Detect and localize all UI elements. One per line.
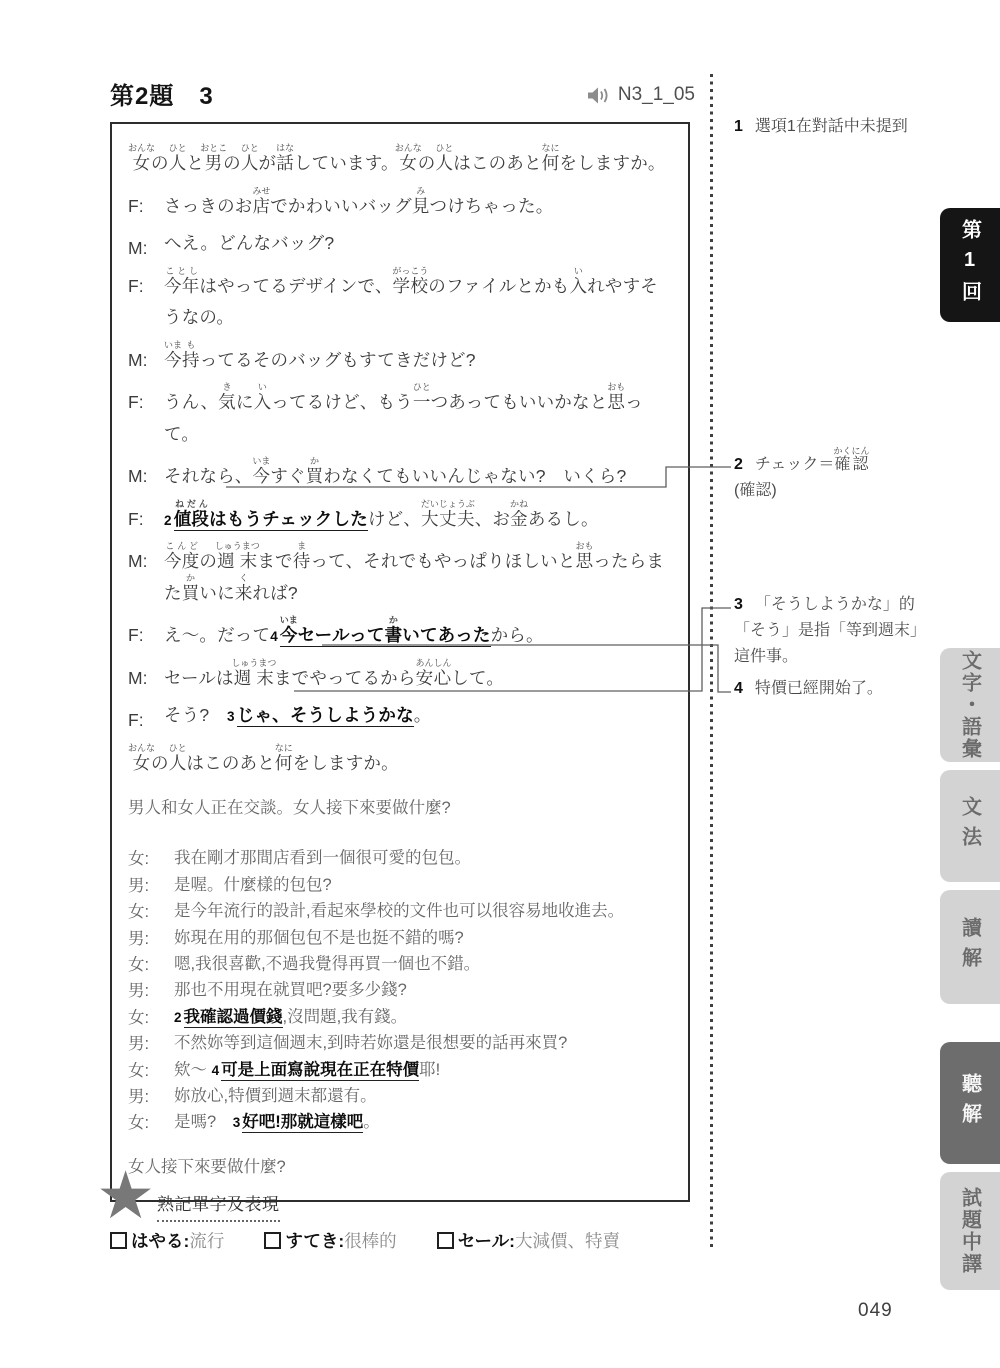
note-text: 「そうしようかな」的「そう」是指「等到週末」這件事。 (734, 596, 926, 665)
furigana: 人ひと (435, 153, 453, 173)
dialogue-line-jp: M:へえ。どんなバッグ? (128, 228, 673, 260)
line-text: 我在剛才那間店看到一個很可愛的包包。 (174, 845, 673, 871)
furigana: 大丈夫だいじょうぶ (421, 509, 475, 529)
line-text: 女人接下來要做什麼? (128, 1154, 673, 1180)
vocab-term: はやる: (131, 1228, 189, 1253)
note-number: 2 (734, 456, 743, 473)
furigana: 入い (254, 392, 272, 412)
vocab-item: はやる:流行 (110, 1228, 224, 1253)
furigana: 今いま (164, 350, 182, 370)
dotted-divider (710, 74, 713, 1250)
furigana: 思おも (607, 392, 625, 412)
speaker-label: M: (128, 541, 164, 572)
speaker-label: 男: (128, 872, 174, 896)
furigana: 週末しゅうまつ (217, 551, 257, 571)
note-text: 選項1在對話中未提到 (755, 118, 908, 135)
line-text: 今年ことしはやってるデザインで、学校がっこうのファイルとかも入いれやすそうなの。 (164, 266, 673, 334)
furigana: 週末しゅうまつ (234, 668, 274, 688)
furigana: 男おとこ (204, 153, 223, 173)
speaker-label: F: (128, 499, 164, 530)
star-icon: ★ (96, 1162, 155, 1228)
furigana: 女おんな (128, 753, 151, 773)
dialogue-line-cn: 女:2我確認過價錢,沒問題,我有錢。 (128, 1004, 673, 1030)
furigana: 金かね (510, 509, 528, 529)
dialogue-line-cn: 男:那也不用現在就買吧?要多少錢? (128, 977, 673, 1003)
ref-number: 4 (270, 629, 278, 644)
speaker-label: 男: (128, 925, 174, 949)
furigana: 書か (385, 625, 403, 645)
speaker-label: M: (128, 340, 164, 371)
highlighted-phrase: 値段ねだんはもうチェックした (174, 509, 368, 531)
line-text: 欸〜 4可是上面寫說現在正在特價耶! (174, 1057, 673, 1083)
ref-number: 2 (164, 513, 172, 528)
note-number: 1 (734, 118, 743, 135)
furigana: 入い (570, 276, 588, 296)
audio-label: N3_1_05 (618, 84, 695, 106)
furigana: 思おも (576, 551, 594, 571)
highlighted-phrase: 好吧!那就這樣吧 (242, 1113, 363, 1133)
ref-number: 4 (212, 1063, 220, 1078)
speaker-label: M: (128, 456, 164, 487)
speaker-label: F: (128, 186, 164, 217)
dialogue-line-cn: 男:是喔。什麼樣的包包? (128, 872, 673, 898)
furigana: 気き (218, 392, 236, 412)
speaker-label: F: (128, 615, 164, 646)
audio-track: N3_1_05 (558, 84, 695, 106)
furigana: 人ひと (169, 153, 187, 173)
line-text: 那也不用現在就買吧?要多少錢? (174, 977, 673, 1003)
chinese-translation: 男人和女人正在交談。女人接下來要做什麼?女:我在剛才那間店看到一個很可愛的包包。… (128, 795, 673, 1180)
line-text: 是喔。什麼樣的包包? (174, 872, 673, 898)
note-number: 3 (734, 596, 743, 613)
checkbox-icon (110, 1232, 127, 1249)
dialogue-line-cn: 男:妳放心,特價到週末都還有。 (128, 1083, 673, 1109)
furigana: 今いま (253, 466, 271, 486)
margin-note-3: 3「そうしようかな」的「そう」是指「等到週末」這件事。 (734, 592, 932, 670)
dialogue-line-cn: 男:妳現在用的那個包包不是也挺不錯的嗎? (128, 925, 673, 951)
furigana: 持も (182, 350, 200, 370)
furigana: 待ま (293, 551, 311, 571)
vocab-term: すてき: (285, 1228, 344, 1253)
furigana: 値段ねだん (174, 509, 209, 529)
speaker-label: 女: (128, 1004, 174, 1028)
line-text: 今度こんどの週末しゅうまつまで待まって、それでもやっぱりほしいと思おもったらまた… (164, 541, 673, 609)
checkbox-icon (437, 1232, 454, 1249)
japanese-dialogue: 女おんなの人ひとと男おとこの人ひとが話はなしています。女おんなの人ひとはこのあと… (128, 138, 673, 779)
dialogue-line-jp: 女おんなの人ひとはこのあと何なにをしますか。 (128, 738, 673, 780)
dialogue-line-jp: M:今度こんどの週末しゅうまつまで待まって、それでもやっぱりほしいと思おもったら… (128, 541, 673, 609)
book-page: 第2題 3 N3_1_05 女おんなの人ひとと男おとこの人ひとが話はなしています… (0, 0, 1000, 1368)
dialogue-line-cn: 女:是今年流行的設計,看起來學校的文件也可以很容易地收進去。 (128, 898, 673, 924)
note-number: 4 (734, 680, 743, 697)
furigana: 安心あんしん (416, 668, 452, 688)
speaker-label: F: (128, 700, 164, 731)
dialogue-line-jp: F:そう? 3じゃ、そうしようかな。 (128, 700, 673, 732)
speaker-label: 男: (128, 1030, 174, 1054)
speaker-label: 女: (128, 1057, 174, 1081)
tab-讀解: 讀解 (940, 890, 1000, 1004)
dialogue-box: 女おんなの人ひとと男おとこの人ひとが話はなしています。女おんなの人ひとはこのあと… (110, 122, 690, 1202)
tab-聽解: 聽解 (940, 1042, 1000, 1164)
page-number: 049 (858, 1300, 893, 1322)
highlighted-phrase: 今いまセールって書かいてあった (280, 625, 491, 647)
highlighted-phrase: じゃ、そうしようかな (237, 705, 414, 727)
tab-第1回: 第1回 (940, 208, 1000, 322)
line-text: 妳放心,特價到週末都還有。 (174, 1083, 673, 1109)
speaker-label: 女: (128, 951, 174, 975)
dialogue-line-cn: 女:我在剛才那間店看到一個很可愛的包包。 (128, 845, 673, 871)
highlighted-phrase: 我確認過價錢 (184, 1008, 283, 1028)
line-text: 嗯,我很喜歡,不過我覺得再買一個也不錯。 (174, 951, 673, 977)
vocab-list: はやる:流行すてき:很棒的セール:大減價、特賣 (110, 1228, 620, 1253)
margin-note-1: 1選項1在對話中未提到 (734, 114, 932, 140)
vocab-meaning: 流行 (189, 1228, 224, 1253)
ref-number: 2 (174, 1010, 182, 1025)
margin-note-2: 2チェック＝確認かくにん(確認) (734, 446, 932, 504)
speaker-label: 男: (128, 1083, 174, 1107)
speaker-label: M: (128, 228, 164, 259)
dialogue-line-jp: F:2値段ねだんはもうチェックしたけど、大丈夫だいじょうぶ、お金かねあるし。 (128, 499, 673, 536)
line-text: 2我確認過價錢,沒問題,我有錢。 (174, 1004, 673, 1030)
furigana: 一ひと (413, 392, 431, 412)
dialogue-line-cn: 女:嗯,我很喜歡,不過我覺得再買一個也不錯。 (128, 951, 673, 977)
line-text: そう? 3じゃ、そうしようかな。 (164, 700, 673, 732)
vocab-meaning: 大減價、特賣 (515, 1228, 620, 1253)
line-text: 男人和女人正在交談。女人接下來要做什麼? (128, 795, 673, 821)
translation-closing: 女人接下來要做什麼? (128, 1154, 673, 1180)
furigana: 確認かくにん (834, 456, 869, 473)
speaker-label: F: (128, 382, 164, 413)
dialogue-line-jp: M:セールは週末しゅうまつまでやってるから安心あんしんして。 (128, 658, 673, 695)
furigana: 見み (412, 196, 430, 216)
line-text: さっきのお店みせでかわいいバッグ見みつけちゃった。 (164, 186, 673, 223)
ref-number: 3 (227, 709, 235, 724)
speaker-label: 女: (128, 1109, 174, 1133)
dialogue-line-jp: F:さっきのお店みせでかわいいバッグ見みつけちゃった。 (128, 186, 673, 223)
furigana: 今年ことし (164, 276, 199, 296)
line-text: 是嗎? 3好吧!那就這樣吧。 (174, 1109, 673, 1135)
dialogue-line-jp: 女おんなの人ひとと男おとこの人ひとが話はなしています。女おんなの人ひとはこのあと… (128, 138, 673, 180)
speaker-label: 男: (128, 977, 174, 1001)
furigana: 人ひと (241, 153, 259, 173)
dialogue-line-cn: 男:不然妳等到這個週末,到時若妳還是很想要的話再來買? (128, 1030, 673, 1056)
speaker-label: 女: (128, 845, 174, 869)
furigana: 今いま (280, 625, 298, 645)
furigana: 女おんな (128, 153, 151, 173)
tab-文字・語彙: 文字・語彙 (940, 648, 1000, 762)
line-text: え〜。だって4今いまセールって書かいてあったから。 (164, 615, 673, 652)
dialogue-line-jp: F:今年ことしはやってるデザインで、学校がっこうのファイルとかも入いれやすそうな… (128, 266, 673, 334)
line-text: 2値段ねだんはもうチェックしたけど、大丈夫だいじょうぶ、お金かねあるし。 (164, 499, 673, 536)
section-title: 第2題 3 (110, 76, 214, 111)
line-text: 今いま持もってるそのバッグもすてきだけど? (164, 340, 673, 377)
speaker-label: M: (128, 658, 164, 689)
line-text: うん、気きに入いってるけど、もう一ひとつあってもいいかなと思おもって。 (164, 382, 673, 450)
note-text: チェック＝確認かくにん(確認) (734, 456, 869, 499)
vocab-title: 熟記單字及表現 (157, 1190, 280, 1222)
ref-number: 3 (233, 1115, 241, 1130)
highlighted-phrase: 可是上面寫說現在正在特價 (221, 1061, 419, 1081)
line-text: 是今年流行的設計,看起來學校的文件也可以很容易地收進去。 (174, 898, 673, 924)
furigana: 女おんな (399, 153, 418, 173)
furigana: 今度こんど (164, 551, 199, 571)
speaker-icon (587, 86, 611, 105)
line-text: 女おんなの人ひとと男おとこの人ひとが話はなしています。女おんなの人ひとはこのあと… (128, 138, 673, 180)
line-text: 妳現在用的那個包包不是也挺不錯的嗎? (174, 925, 673, 951)
line-text: 女おんなの人ひとはこのあと何なにをしますか。 (128, 738, 673, 780)
note-text: 特價已經開始了。 (755, 680, 883, 697)
furigana: 来く (235, 583, 253, 603)
dialogue-line-jp: F:え〜。だって4今いまセールって書かいてあったから。 (128, 615, 673, 652)
furigana: 店みせ (253, 196, 271, 216)
dialogue-line-cn: 女:欸〜 4可是上面寫說現在正在特價耶! (128, 1057, 673, 1083)
furigana: 買か (306, 466, 324, 486)
furigana: 話はな (276, 153, 294, 173)
speaker-label: F: (128, 266, 164, 297)
line-text: へえ。どんなバッグ? (164, 228, 673, 260)
vocab-meaning: 很棒的 (344, 1228, 397, 1253)
vocab-item: すてき:很棒的 (264, 1228, 396, 1253)
dialogue-line-jp: F:うん、気きに入いってるけど、もう一ひとつあってもいいかなと思おもって。 (128, 382, 673, 450)
furigana: 何なに (542, 153, 560, 173)
dialogue-line-cn: 女:是嗎? 3好吧!那就這樣吧。 (128, 1109, 673, 1135)
line-text: 不然妳等到這個週末,到時若妳還是很想要的話再來買? (174, 1030, 673, 1056)
checkbox-icon (264, 1232, 281, 1249)
dialogue-line-jp: M:今いま持もってるそのバッグもすてきだけど? (128, 340, 673, 377)
vocab-item: セール:大減價、特賣 (437, 1228, 620, 1253)
vocab-term: セール: (458, 1228, 515, 1253)
line-text: それなら、今いますぐ買かわなくてもいいんじゃない? いくら? (164, 456, 673, 493)
tab-試題中譯: 試題中譯 (940, 1172, 1000, 1290)
furigana: 学校がっこう (393, 276, 429, 296)
furigana: 何なに (275, 753, 293, 773)
furigana: 買か (182, 583, 200, 603)
speaker-label: 女: (128, 898, 174, 922)
dialogue-line-jp: M:それなら、今いますぐ買かわなくてもいいんじゃない? いくら? (128, 456, 673, 493)
furigana: 人ひと (169, 753, 187, 773)
line-text: セールは週末しゅうまつまでやってるから安心あんしんして。 (164, 658, 673, 695)
tab-文法: 文法 (940, 770, 1000, 882)
translation-intro: 男人和女人正在交談。女人接下來要做什麼? (128, 795, 673, 821)
margin-note-4: 4特價已經開始了。 (734, 676, 932, 702)
